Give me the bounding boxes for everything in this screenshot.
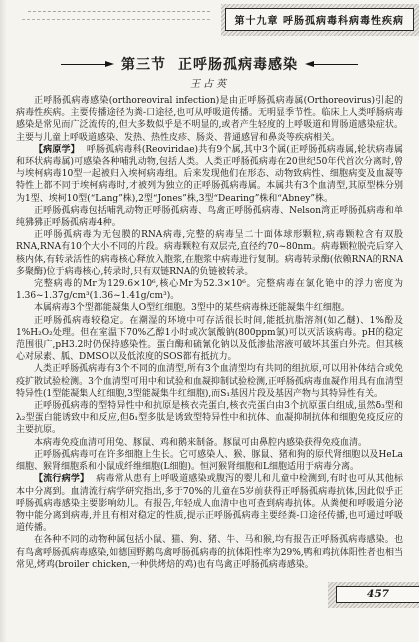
running-head-rule-top bbox=[28, 11, 210, 12]
paragraph: 正呼肠孤病毒为无包膜的RNA病毒,完整的病毒呈二十面体球形颗粒,病毒颗粒含有双股… bbox=[16, 229, 403, 278]
paragraph: 完整病毒的Mr为129.6×10⁶,核心Mr为52.3×10⁶。完整病毒在氯化铯… bbox=[16, 278, 403, 302]
paragraph: 本属病毒3个型都能凝集人O型红细胞。3型中的某些病毒株还能凝集牛红细胞。 bbox=[16, 302, 403, 314]
page-number-shade: 457 bbox=[328, 582, 419, 608]
paragraph: 在各种不同的动物种属包括小鼠、猫、狗、猪、牛、马和猴,均有报告正呼肠孤病毒感染。… bbox=[16, 534, 403, 571]
author-name: 王占英 bbox=[0, 75, 419, 90]
paragraph: 正呼肠孤病毒较稳定。在潮湿的环境中可存活很长时间,能抵抗脂溶剂(如乙醚)、1%酚… bbox=[16, 315, 403, 364]
chapter-header: 第十九章 呼肠孤病毒科病毒性疾病 bbox=[225, 8, 414, 31]
section-label-etiology: 【病原学】 bbox=[34, 145, 80, 155]
chapter-header-shade: 第十九章 呼肠孤病毒科病毒性疾病 bbox=[221, 4, 419, 36]
section-title: 第三节正呼肠孤病毒感染 bbox=[121, 54, 298, 74]
paragraph-epidemiology: 【流行病学】病毒常从患有上呼吸道感染或腹泻的婴儿和儿童中检测到,有时也可从其他标… bbox=[16, 473, 403, 534]
paragraph: 人类正呼肠孤病毒有3个不同的血清型,所有3个血清型均有共同的组抗原,可以用补体结… bbox=[16, 363, 403, 400]
title-arrow-right-icon bbox=[305, 61, 358, 67]
running-head-rule-bottom bbox=[22, 19, 210, 20]
paragraph: 正呼肠孤病毒的型特异性中和抗原是核衣壳蛋白,核衣壳蛋白由3个抗原蛋白组成,虽然δ… bbox=[16, 400, 403, 437]
paragraph-etiology: 【病原学】呼肠孤病毒科(Reoviridae)共有9个属,其中3个属(正呼肠孤病… bbox=[16, 144, 403, 205]
section-title-row: 第三节正呼肠孤病毒感染 bbox=[0, 54, 419, 74]
section-label-epidemiology: 【流行病学】 bbox=[34, 474, 89, 484]
paragraph: 本病毒免疫血清可用兔、豚鼠、鸡和鹅来制备。豚鼠可由鼻腔内感染获得免疫血清。 bbox=[16, 437, 403, 449]
paragraph-intro: 正呼肠孤病毒感染(orthoreoviral infection)是由正呼肠孤病… bbox=[16, 95, 403, 144]
paragraph: 正呼肠孤病毒可在许多细胞上生长。它可感染人、猴、豚鼠、猪和狗的原代肾细胞以及He… bbox=[16, 449, 403, 473]
section-number: 第三节 bbox=[121, 57, 166, 73]
title-arrow-left-icon bbox=[61, 61, 114, 67]
book-page: 第十九章 呼肠孤病毒科病毒性疾病 第三节正呼肠孤病毒感染 王占英 正呼肠孤病毒感… bbox=[0, 0, 419, 642]
paragraph: 正呼肠孤病毒包括哺乳动物正呼肠孤病毒、鸟禽正呼肠孤病毒、Nelson湾正呼肠孤病… bbox=[16, 205, 403, 229]
section-name: 正呼肠孤病毒感染 bbox=[178, 57, 298, 73]
body-text: 正呼肠孤病毒感染(orthoreoviral infection)是由正呼肠孤病… bbox=[16, 95, 403, 571]
page-number: 457 bbox=[336, 586, 419, 603]
